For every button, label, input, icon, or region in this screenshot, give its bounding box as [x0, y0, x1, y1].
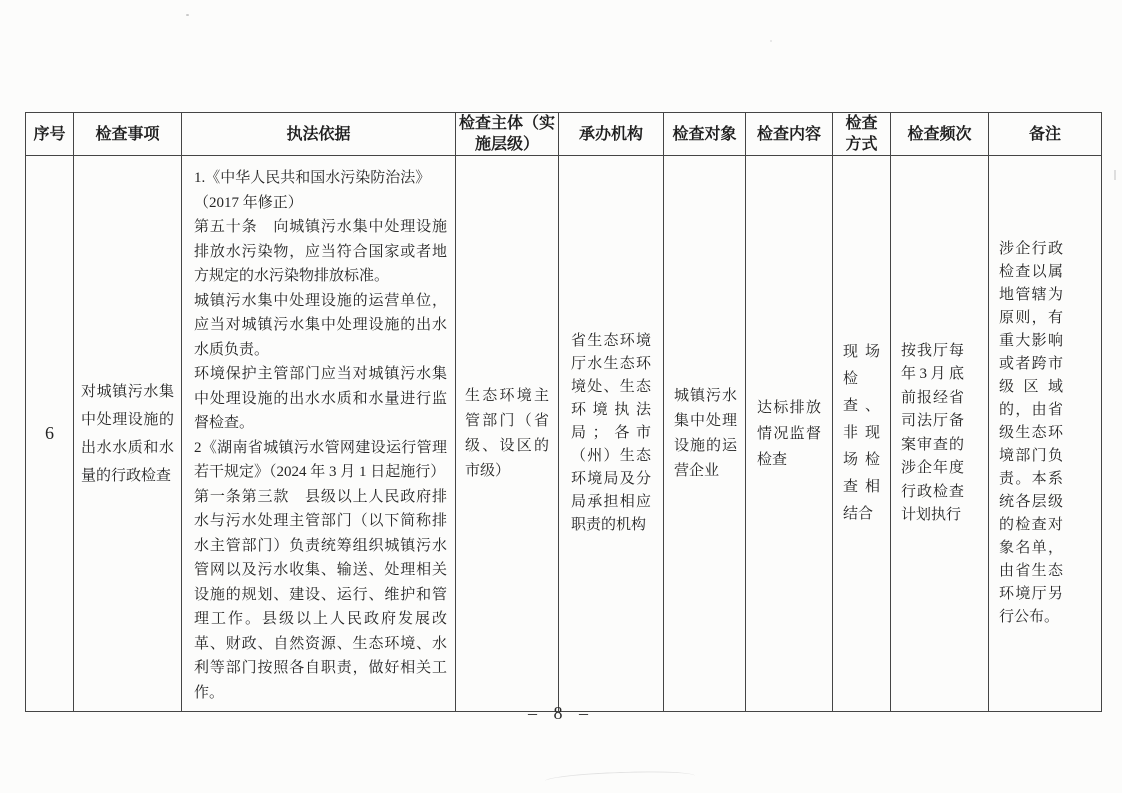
table-header-row: 序号 检查事项 执法依据 检查主体（实施层级） 承办机构 检查对象 检查内容 检…	[26, 113, 1102, 156]
header-inspection-content: 检查内容	[746, 113, 833, 156]
header-undertaking-agency: 承办机构	[559, 113, 664, 156]
cell-inspection-method: 现场检查、非现场检查相结合	[833, 156, 891, 712]
cell-inspection-subject: 生态环境主管部门（省级、设区的市级）	[456, 156, 559, 712]
scan-artifact-speck	[770, 40, 772, 42]
scan-artifact-squiggle	[545, 769, 695, 787]
table-row: 6 对城镇污水集中处理设施的出水水质和水量的行政检查 1.《中华人民共和国水污染…	[26, 156, 1102, 712]
header-inspection-subject: 检查主体（实施层级）	[456, 113, 559, 156]
header-inspection-method: 检查方式	[833, 113, 891, 156]
header-inspection-frequency: 检查频次	[891, 113, 989, 156]
cell-inspection-target: 城镇污水集中处理设施的运营企业	[664, 156, 746, 712]
cell-inspection-item: 对城镇污水集中处理设施的出水水质和水量的行政检查	[74, 156, 182, 712]
scan-artifact-edge-mark	[1114, 170, 1116, 180]
header-remarks: 备注	[989, 113, 1102, 156]
inspection-items-table: 序号 检查事项 执法依据 检查主体（实施层级） 承办机构 检查对象 检查内容 检…	[25, 112, 1102, 712]
header-seq: 序号	[26, 113, 74, 156]
header-legal-basis: 执法依据	[182, 113, 456, 156]
cell-legal-basis: 1.《中华人民共和国水污染防治法》 （2017 年修正） 第五十条 向城镇污水集…	[182, 156, 456, 712]
page-number: – 8 –	[0, 703, 1122, 724]
scan-artifact-speck	[186, 14, 189, 16]
cell-seq: 6	[26, 156, 74, 712]
cell-undertaking-agency: 省生态环境厅水生态环境处、生态环境执法局；各市（州）生态环境局及分局承担相应职责…	[559, 156, 664, 712]
cell-inspection-frequency: 按我厅每年3月底前报经省司法厅备案审查的涉企年度行政检查计划执行	[891, 156, 989, 712]
header-inspection-target: 检查对象	[664, 113, 746, 156]
cell-remarks: 涉企行政检查以属地管辖为原则，有重大影响或者跨市级区域的，由省级生态环境部门负责…	[989, 156, 1102, 712]
header-inspection-item: 检查事项	[74, 113, 182, 156]
cell-inspection-content: 达标排放情况监督检查	[746, 156, 833, 712]
